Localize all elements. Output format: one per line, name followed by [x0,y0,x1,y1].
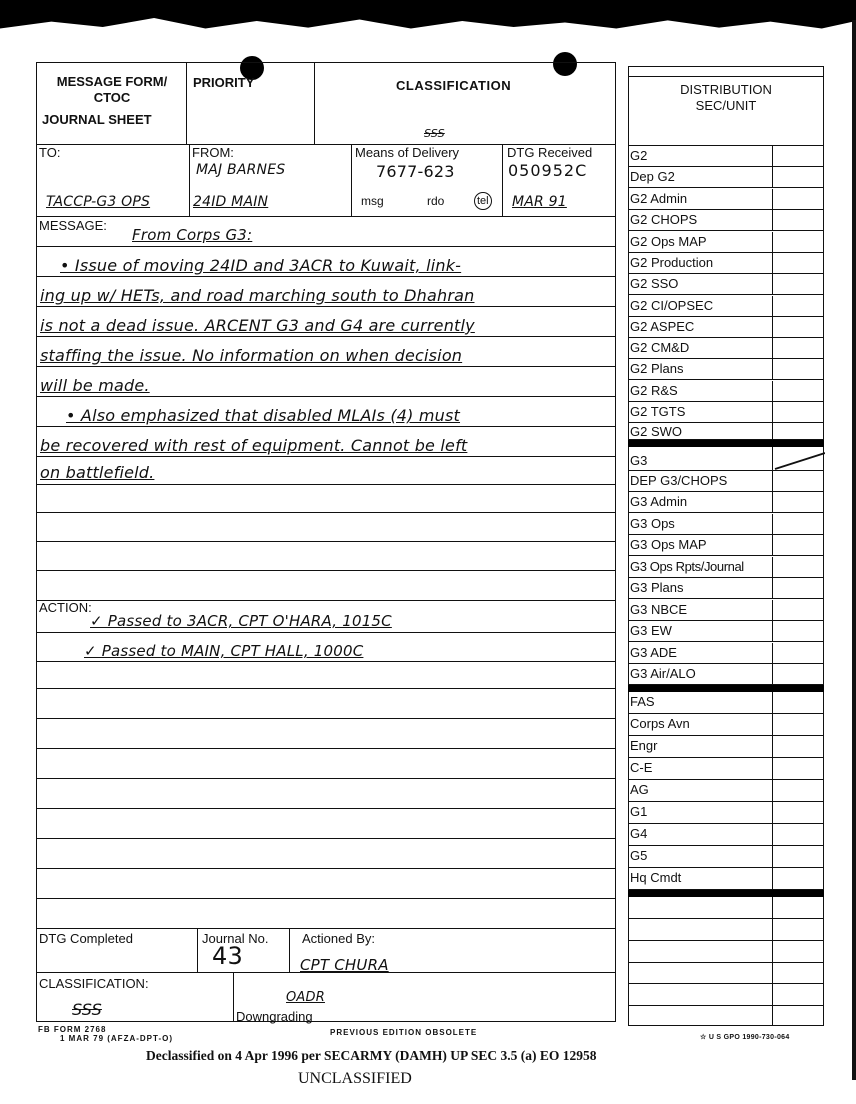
distribution-row-blank [628,897,824,919]
from-label: FROM: [192,146,234,160]
distribution-label: G3 Plans [630,581,683,595]
ruled-line [36,928,616,929]
distribution-checkbox[interactable] [772,146,824,166]
distribution-checkbox[interactable] [772,338,824,358]
distribution-label: G2 Plans [630,362,683,376]
distribution-row-fas: FAS [628,692,824,714]
distribution-row-g3-nbce: G3 NBCE [628,600,824,621]
distribution-row-corps-avn: Corps Avn [628,714,824,736]
distribution-label: DEP G3/CHOPS [630,474,727,488]
distribution-checkbox[interactable] [772,868,824,889]
ruled-line [36,838,616,839]
divider [36,216,616,217]
distribution-header-line: DISTRIBUTION [628,82,824,98]
ruled-line [36,512,616,513]
distribution-checkbox[interactable] [772,758,824,779]
message-line: is not a dead issue. ARCENT G3 and G4 ar… [40,316,475,335]
distribution-row-g2-aspec: G2 ASPEC [628,317,824,338]
to-label: TO: [39,146,60,160]
distribution-checkbox[interactable] [772,824,824,845]
distribution-label: G2 CI/OPSEC [630,299,713,313]
distribution-checkbox[interactable] [772,514,824,534]
scan-artifact-right-edge [852,20,856,1080]
scan-artifact-top [0,0,856,30]
distribution-checkbox[interactable] [772,578,824,598]
distribution-checkbox[interactable] [772,359,824,379]
distribution-label: G3 Air/ALO [630,667,696,681]
section-separator [628,440,824,447]
distribution-label: Hq Cmdt [630,871,681,885]
distribution-label: G3 Admin [630,495,687,509]
distribution-checkbox[interactable] [772,621,824,641]
divider [233,972,234,1022]
dtg-completed-label: DTG Completed [39,932,133,946]
check-mark-icon [773,447,825,471]
distribution-row-g1: G1 [628,802,824,824]
downgrading-label: Downgrading [236,1010,313,1024]
ruled-line [36,396,616,397]
ruled-line [36,426,616,427]
distribution-label: G2 Ops MAP [630,235,707,249]
message-line: will be made. [40,376,150,395]
divider [189,144,190,216]
ruled-line [36,632,616,633]
distribution-label: C-E [630,761,652,775]
action-line: ✓ Passed to MAIN, CPT HALL, 1000C [84,642,363,660]
ruled-line [36,276,616,277]
divider [314,62,315,144]
means-of-delivery-field[interactable]: 7677-623 [376,162,455,181]
distribution-label: Dep G2 [630,170,675,184]
ruled-line [36,366,616,367]
distribution-row-engr: Engr [628,736,824,758]
form-title-line: CTOC [38,90,186,106]
form-title-line: JOURNAL SHEET [38,112,186,128]
divider [197,928,198,972]
distribution-row-blank [628,941,824,963]
dtg-received-month[interactable]: MAR 91 [512,194,567,210]
distribution-checkbox[interactable] [772,471,824,491]
distribution-checkbox[interactable] [772,780,824,801]
unclassified-marking: UNCLASSIFIED [298,1070,412,1088]
distribution-checkbox[interactable] [772,963,824,983]
distribution-label: AG [630,783,649,797]
distribution-checkbox[interactable] [772,167,824,187]
action-line: ✓ Passed to 3ACR, CPT O'HARA, 1015C [90,612,392,630]
action-label: ACTION: [39,601,92,615]
ruled-line [36,600,616,601]
distribution-label: G2 TGTS [630,405,685,419]
distribution-row-g2-chops: G2 CHOPS [628,210,824,231]
distribution-row-g3-ops-rpts-journal: G3 Ops Rpts/Journal [628,557,824,578]
ruled-line [36,868,616,869]
distribution-row-g5: G5 [628,846,824,868]
distribution-row-g3: G3 [628,447,824,471]
distribution-checkbox[interactable] [772,381,824,401]
ruled-line [36,688,616,689]
distribution-label: G3 Ops Rpts/Journal [630,560,744,574]
from-unit-field[interactable]: 24ID MAIN [193,194,268,210]
distribution-row-g2-production: G2 Production [628,253,824,274]
distribution-checkbox[interactable] [772,557,824,577]
distribution-row-blank [628,963,824,984]
distribution-label: G5 [630,849,647,863]
means-option-msg[interactable]: msg [361,194,384,208]
distribution-checkbox[interactable] [772,1006,824,1026]
priority-label: PRIORITY [193,76,254,90]
distribution-label: Engr [630,739,657,753]
classification-value[interactable]: SSS [424,127,445,140]
distribution-label: G3 Ops MAP [630,538,707,552]
distribution-row-g2: G2 [628,146,824,167]
distribution-row-g2-swo: G2 SWO [628,422,824,440]
ruled-line [36,718,616,719]
message-line: • Also emphasized that disabled MLAIs (4… [66,406,460,425]
means-option-rdo[interactable]: rdo [427,194,444,208]
distribution-checkbox[interactable] [772,210,824,230]
declassification-note: Declassified on 4 Apr 1996 per SECARMY (… [146,1048,597,1064]
form-title: MESSAGE FORM/ CTOC JOURNAL SHEET [38,74,186,128]
distribution-row-g3-ops: G3 Ops [628,514,824,535]
distribution-row-g2-admin: G2 Admin [628,189,824,210]
distribution-label: G4 [630,827,647,841]
distribution-label: G2 SWO [630,425,682,439]
ruled-line [36,661,616,662]
distribution-checkbox[interactable] [772,736,824,757]
dtg-received-label: DTG Received [507,146,592,160]
distribution-label: G2 R&S [630,384,678,398]
distribution-row-c-e: C-E [628,758,824,780]
distribution-label: G2 CHOPS [630,213,697,227]
distribution-header-line: SEC/UNIT [628,98,824,114]
means-option-tel-selected[interactable]: tel [474,192,492,210]
distribution-row-blank [628,1006,824,1026]
message-line: be recovered with rest of equipment. Can… [40,436,467,455]
to-field[interactable]: TACCP-G3 OPS [46,194,150,210]
distribution-checkbox[interactable] [772,802,824,823]
distribution-row-g2-rs: G2 R&S [628,381,824,402]
distribution-label: G1 [630,805,647,819]
divider [628,76,824,77]
ruled-line [36,898,616,899]
section-separator [628,890,824,897]
distribution-row-g3-air-alo: G3 Air/ALO [628,664,824,685]
distribution-checkbox[interactable] [772,492,824,512]
distribution-checkbox[interactable] [772,232,824,252]
distribution-row-blank [628,984,824,1006]
message-line: • Issue of moving 24ID and 3ACR to Kuwai… [60,256,461,275]
distribution-checkbox[interactable] [772,422,824,439]
ruled-line [36,306,616,307]
distribution-checkbox[interactable] [772,274,824,294]
ruled-line [36,748,616,749]
distribution-row-g2-cmd: G2 CM&D [628,338,824,359]
distribution-checkbox[interactable] [772,941,824,962]
divider [502,144,503,216]
means-of-delivery-label: Means of Delivery [355,146,459,160]
previous-edition-note: PREVIOUS EDITION OBSOLETE [330,1028,477,1037]
distribution-row-g3-ade: G3 ADE [628,643,824,664]
actioned-by-field[interactable]: CPT CHURA [300,956,389,974]
distribution-label: G2 CM&D [630,341,689,355]
from-name-field[interactable]: MAJ BARNES [196,162,285,178]
form-title-line: MESSAGE FORM/ [38,74,186,90]
distribution-label: G2 Production [630,256,713,270]
distribution-label: G3 Ops [630,517,675,531]
distribution-label: G3 EW [630,624,672,638]
journal-no-field[interactable]: 43 [212,942,243,970]
actioned-by-label: Actioned By: [302,932,375,946]
distribution-checkbox[interactable] [772,984,824,1005]
divider [289,928,290,972]
distribution-label: G2 Admin [630,192,687,206]
distribution-checkbox[interactable] [772,317,824,337]
ruled-line [36,456,616,457]
distribution-checkbox[interactable] [772,664,824,684]
ruled-line [36,570,616,571]
distribution-label: G2 SSO [630,277,678,291]
distribution-checkbox[interactable] [772,692,824,713]
distribution-row-ag: AG [628,780,824,802]
distribution-row-g3-admin: G3 Admin [628,492,824,513]
distribution-checkbox[interactable] [772,846,824,867]
distribution-label: G3 ADE [630,646,677,660]
distribution-header: DISTRIBUTION SEC/UNIT [628,82,824,114]
distribution-checkbox[interactable] [772,600,824,620]
distribution-checkbox[interactable] [772,897,824,918]
distribution-checkbox[interactable] [772,714,824,735]
distribution-row-g4: G4 [628,824,824,846]
distribution-checkbox-checked[interactable] [772,447,824,470]
form-number: FB FORM 2768 [38,1025,106,1034]
distribution-row-g3-plans: G3 Plans [628,578,824,599]
ruled-line [36,808,616,809]
ruled-line [36,484,616,485]
distribution-checkbox[interactable] [772,402,824,422]
distribution-label: G3 [630,454,647,468]
dtg-received-field[interactable]: 050952C [508,161,587,180]
distribution-label: G2 [630,149,647,163]
distribution-row-g3-ew: G3 EW [628,621,824,642]
distribution-row-g2-ci-opsec: G2 CI/OPSEC [628,296,824,317]
ruled-line [36,246,616,247]
downgrading-field[interactable]: OADR [286,990,325,1005]
classification-label: CLASSIFICATION [396,79,511,93]
distribution-row-g2-tgts: G2 TGTS [628,402,824,423]
classification-bottom-label: CLASSIFICATION: [39,977,149,991]
divider [186,62,187,144]
ruled-line [36,336,616,337]
distribution-row-g2-ops-map: G2 Ops MAP [628,232,824,253]
distribution-row-blank [628,919,824,941]
form-date: 1 MAR 79 (AFZA-DPT-O) [60,1034,173,1043]
distribution-row-g3-ops-map: G3 Ops MAP [628,535,824,556]
distribution-label: Corps Avn [630,717,690,731]
message-line: From Corps G3: [132,226,252,244]
distribution-checkbox[interactable] [772,919,824,940]
section-separator [628,685,824,692]
message-line: staffing the issue. No information on wh… [40,346,462,365]
ruled-line [36,778,616,779]
distribution-label: G2 ASPEC [630,320,694,334]
distribution-row-dep-g2: Dep G2 [628,167,824,188]
distribution-checkbox[interactable] [772,643,824,663]
distribution-row-g2-sso: G2 SSO [628,274,824,295]
distribution-checkbox[interactable] [772,189,824,209]
distribution-checkbox[interactable] [772,253,824,273]
distribution-row-g2-plans: G2 Plans [628,359,824,380]
distribution-checkbox[interactable] [772,296,824,316]
gpo-note: ☆ U S GPO 1990-730-064 [700,1033,790,1041]
classification-bottom-field[interactable]: SSS [72,1000,102,1019]
message-line: on battlefield. [40,463,154,482]
distribution-row-hq-cmdt: Hq Cmdt [628,868,824,890]
distribution-label: FAS [630,695,655,709]
distribution-checkbox[interactable] [772,535,824,555]
message-line: ing up w/ HETs, and road marching south … [40,286,474,305]
ruled-line [36,541,616,542]
distribution-row-dep-g3-chops: DEP G3/CHOPS [628,471,824,492]
message-label: MESSAGE: [39,219,107,233]
divider [351,144,352,216]
distribution-label: G3 NBCE [630,603,687,617]
